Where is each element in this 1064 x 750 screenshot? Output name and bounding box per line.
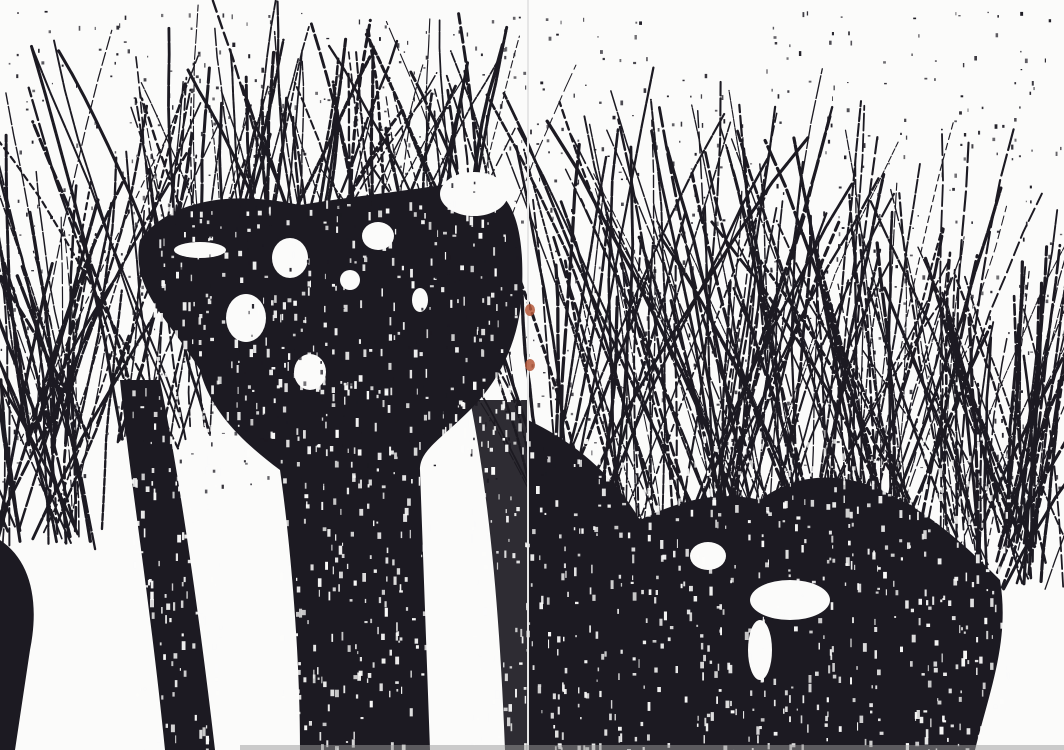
willow-print-illustration [0, 0, 1064, 750]
bottom-page-edge [240, 745, 1064, 750]
